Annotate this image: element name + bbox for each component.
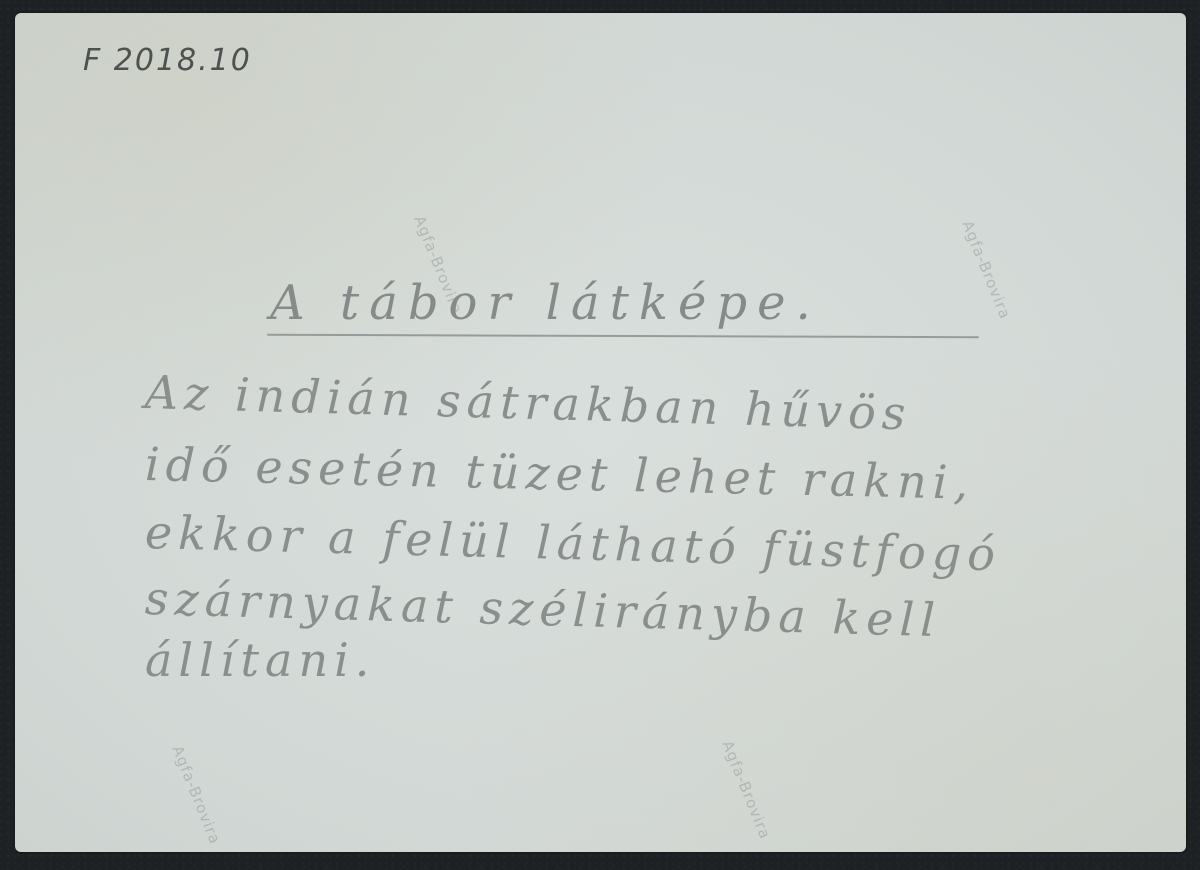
title-underline <box>267 334 979 338</box>
paper-manufacturer-stamp: Agfa-Brovira <box>718 738 774 842</box>
catalog-number: F 2018.10 <box>83 43 252 78</box>
photo-back-paper: F 2018.10 Agfa-Brovira Agfa-Brovira Agfa… <box>15 13 1186 852</box>
inscription-line: Az indián sátrakban hűvös <box>144 365 912 440</box>
paper-manufacturer-stamp: Agfa-Brovira <box>958 218 1014 322</box>
inscription-line: idő esetén tüzet lehet rakni, <box>144 437 974 510</box>
inscription-line: ekkor a felül látható füstfogó <box>144 505 1001 581</box>
inscription-title: A tábor látképe. <box>270 275 821 331</box>
inscription-line: állítani. <box>145 633 375 687</box>
paper-manufacturer-stamp: Agfa-Brovira <box>168 743 224 847</box>
